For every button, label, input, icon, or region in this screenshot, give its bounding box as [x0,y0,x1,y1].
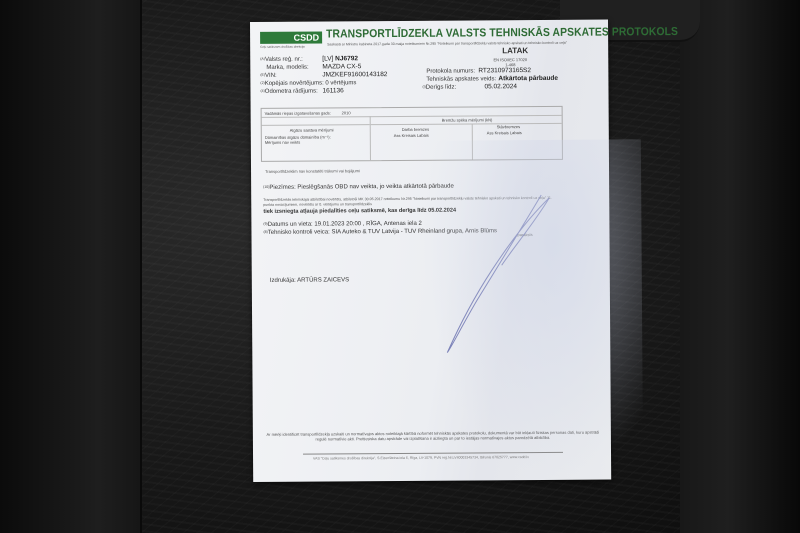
remarks: (10)Piezīmes: Pieslēgšanās OBD nav veikt… [263,184,454,191]
exhaust-header: Atgāzu sastāva mērījumi [290,127,334,132]
latak-logo-icon: LATAK [502,46,528,55]
handwritten-signature [431,190,562,361]
inspection-protocol-document: CSDD Ceļu satiksmes drošības direkcija T… [250,20,611,482]
assessment-label: (2)Kopējais novērtējums: 0 vērtējums [260,80,356,87]
vin-label: (E)VIN: [260,73,276,79]
protocol-number-value: RT2310973165S2 [478,67,531,74]
exhaust-note-2: Mērījums nav veikts [265,140,300,145]
reg-value: [LV] NJ6792 [322,55,358,62]
printed-by: Izdrukāja: ARTŪRS ZAICEVS [270,277,349,284]
csdd-logo-subtitle: Ceļu satiksmes drošības direkcija [260,44,322,48]
protocol-number-label: Protokola numurs: [426,68,475,74]
make-label: Marka, modelis: [266,65,308,71]
odometer-label: (4)Odometra rādījums: [260,89,317,95]
tyre-year-value: 2010 [342,110,351,115]
permit-statement: tiek izsniegta atļauja piedalīties ceļu … [263,208,456,215]
parking-brake-columns: Ass Kreisais Labais [487,130,522,135]
date-place: (9)Datums un vieta: 19.01.2023 20:00 , R… [263,221,421,228]
inspection-type-label: Tehniskās apskates veids: [426,76,496,82]
csdd-logo: CSDD [260,31,322,43]
brakes-header: Bremžu spēka mērījumi (kN) [442,117,493,122]
valid-until-value: 05.02.2024 [484,83,517,90]
inspection-type-value: Atkārtota pārbaude [498,75,558,82]
valid-until-label: (I)Derīgs līdz: [422,85,456,91]
document-subtitle: Saskaņā ar Ministru kabineta 2017.gada 3… [327,41,567,47]
footer-text: VAS "Ceļu satiksmes drošības direkcija",… [313,455,529,461]
service-brake-columns: Ass Kreisais Labais [394,133,429,138]
parking-brake-header: Stāvbremzes [497,124,520,129]
document-title: TRANSPORTLĪDZEKLA VALSTS TEHNISKĀS APSKA… [326,26,678,40]
vin-value: JMZKEF91600143182 [322,71,387,78]
privacy-note: Ar mērķi identificēt transportlīdzekļa u… [263,430,603,442]
no-defects-note: Transportlīdzeklim nav konstatēti trūkum… [265,168,360,174]
measurements-table: Vadāmās riepas izgatavošanas gads: 2010 … [261,106,563,162]
seat-bolster-right [680,0,800,533]
service-brake-header: Darba bremzes [402,127,429,132]
odometer-value: 161136 [322,87,343,94]
reg-label: (A)Valsts reģ. nr.: [260,57,303,63]
document-header: CSDD Ceļu satiksmes drošības direkcija T… [260,25,600,49]
make-value: MAZDA CX-5 [322,63,361,70]
seat-bolster-left [0,0,142,533]
tyre-year-label: Vadāmās riepas izgatavošanas gads: [265,110,331,115]
accreditation-text: EN ISO/IEC 17020 1-468 [490,57,530,67]
